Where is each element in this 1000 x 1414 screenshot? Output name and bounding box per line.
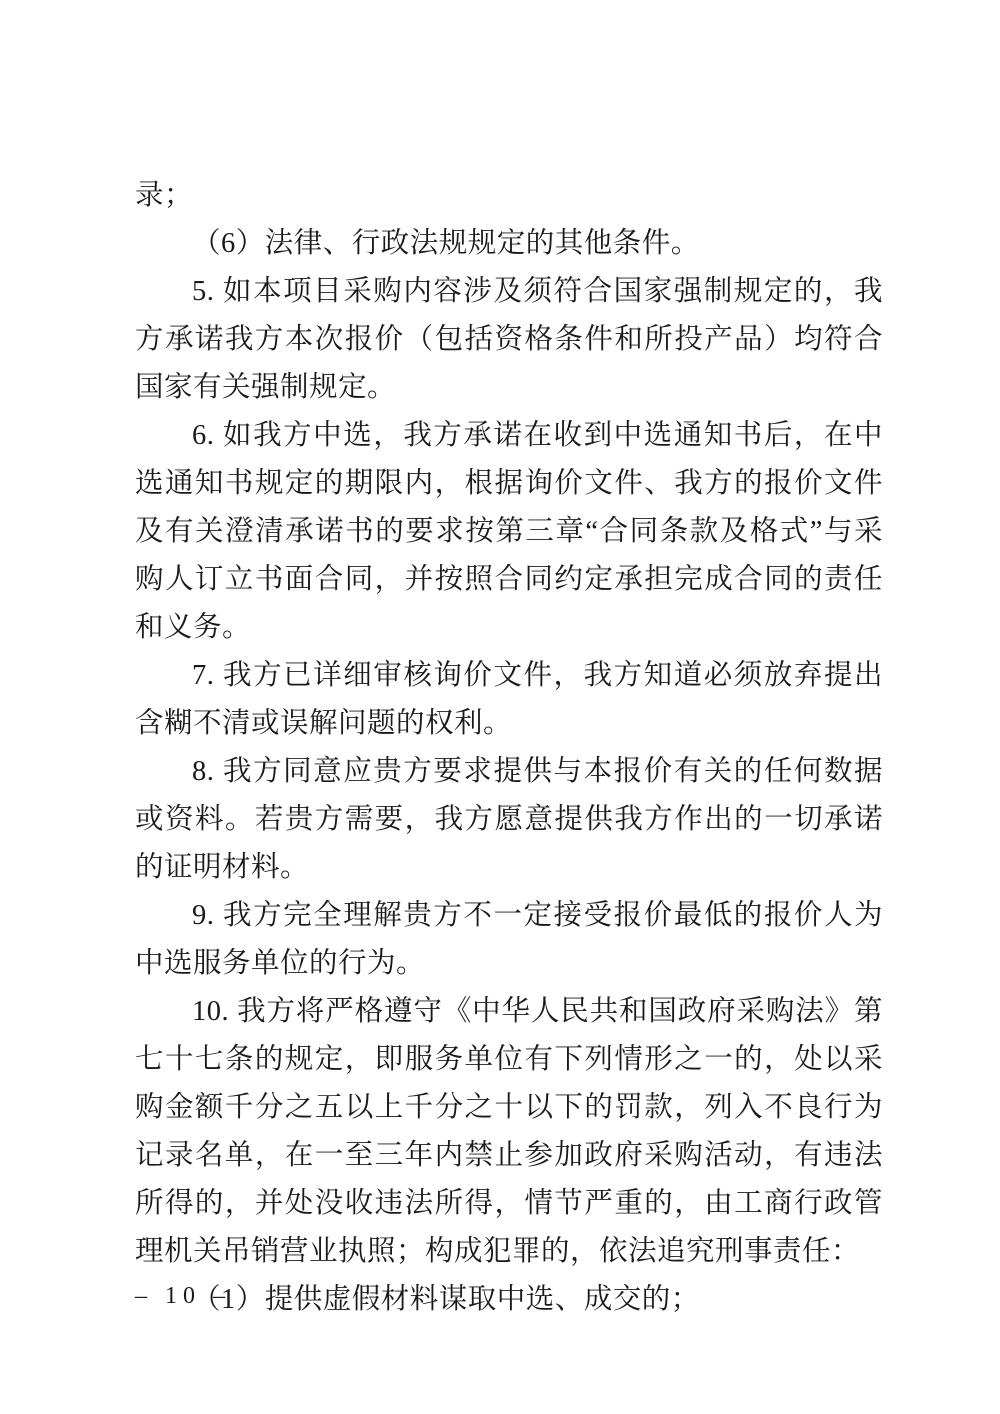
paragraph: 7. 我方已详细审核询价文件，我方知道必须放弃提出含糊不清或误解问题的权利。 [135, 652, 883, 748]
paragraph: 5. 如本项目采购内容涉及须符合国家强制规定的，我方承诺我方本次报价（包括资格条… [135, 268, 883, 412]
paragraph: （6）法律、行政法规规定的其他条件。 [135, 220, 883, 268]
document-page: 录；（6）法律、行政法规规定的其他条件。5. 如本项目采购内容涉及须符合国家强制… [0, 0, 1000, 1414]
paragraph: （1）提供虚假材料谋取中选、成交的； [135, 1276, 883, 1324]
paragraph: 6. 如我方中选，我方承诺在收到中选通知书后，在中选通知书规定的期限内，根据询价… [135, 412, 883, 652]
paragraph: 9. 我方完全理解贵方不一定接受报价最低的报价人为中选服务单位的行为。 [135, 892, 883, 988]
page-number: – 10 – [135, 1283, 231, 1309]
paragraph: 8. 我方同意应贵方要求提供与本报价有关的任何数据或资料。若贵方需要，我方愿意提… [135, 748, 883, 892]
page-footer: – 10 – [135, 1283, 231, 1310]
paragraph: 录； [135, 172, 883, 220]
paragraph: 10. 我方将严格遵守《中华人民共和国政府采购法》第七十七条的规定，即服务单位有… [135, 988, 883, 1276]
document-body: 录；（6）法律、行政法规规定的其他条件。5. 如本项目采购内容涉及须符合国家强制… [135, 172, 883, 1324]
